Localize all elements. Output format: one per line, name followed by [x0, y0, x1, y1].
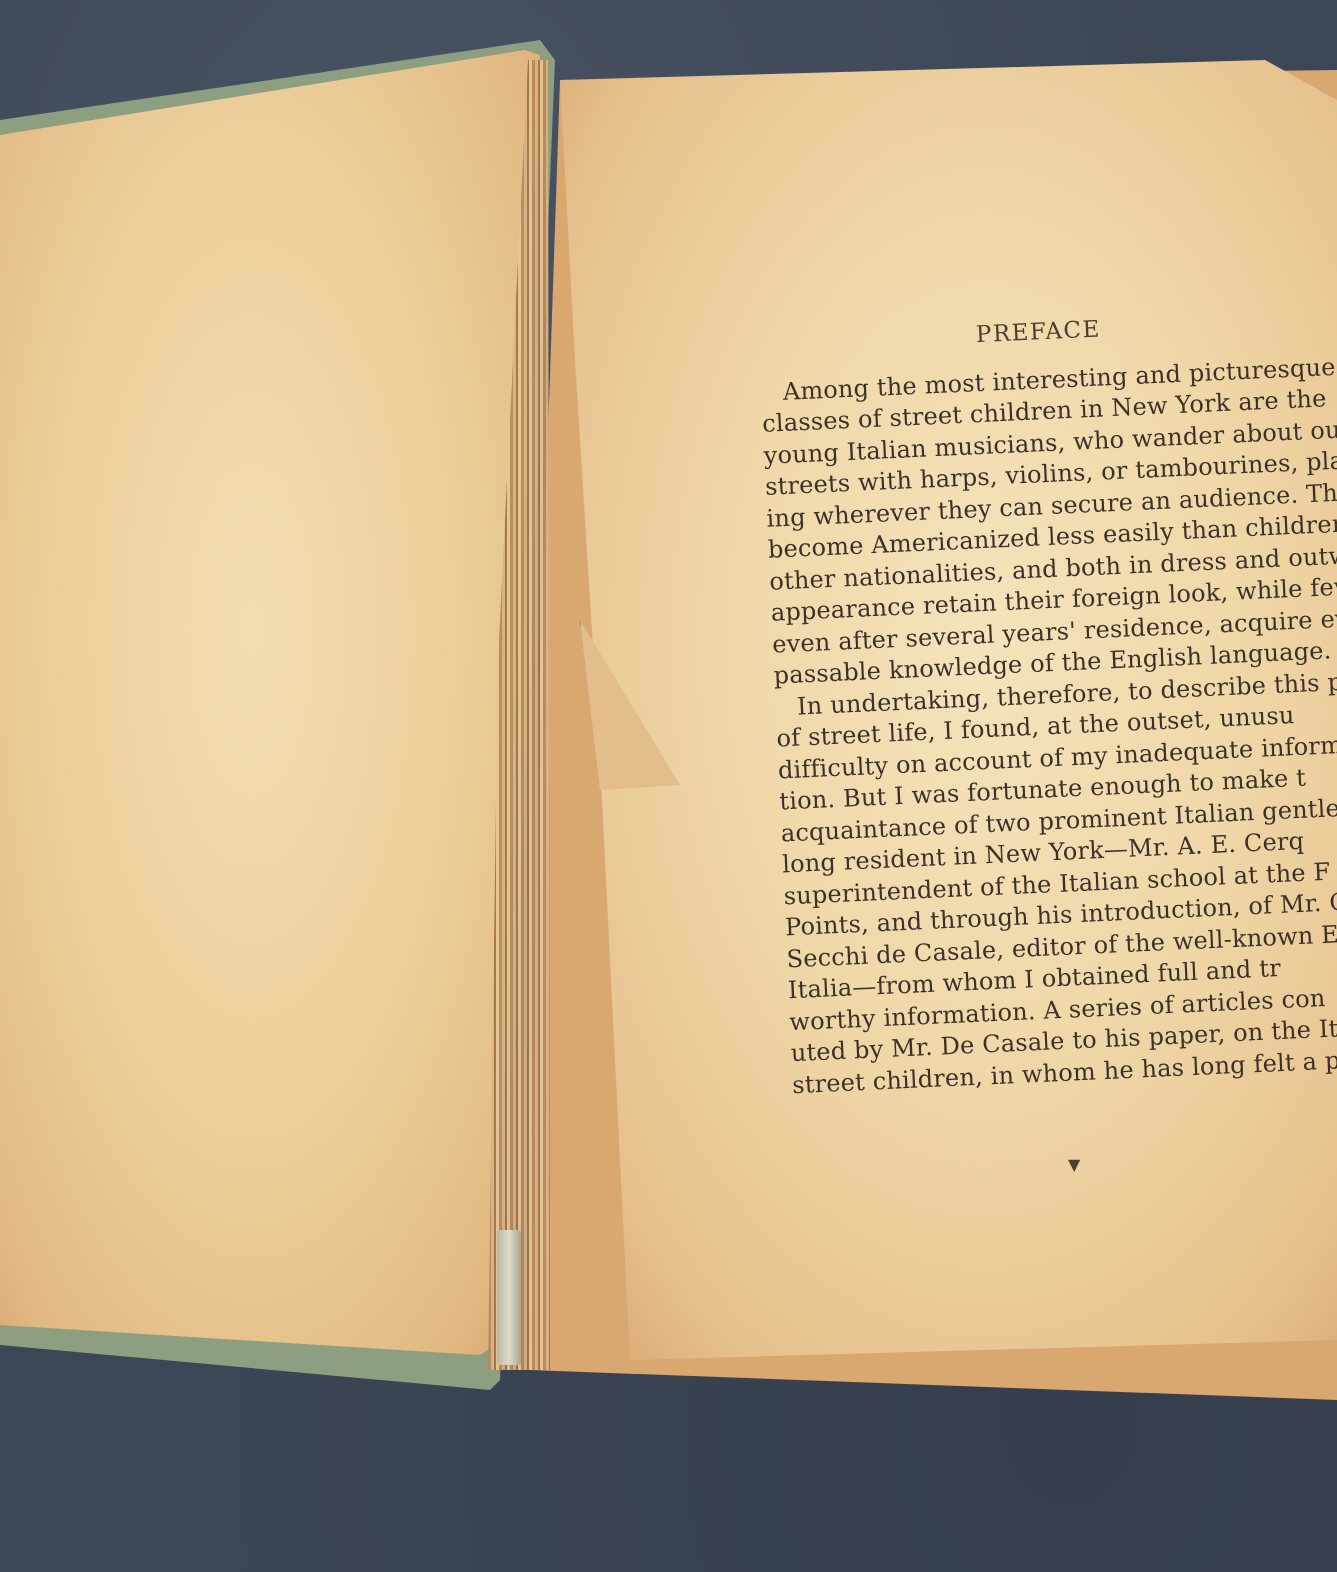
book-photo: PREFACE Among the most interesting and p… [0, 0, 1337, 1572]
spine-lining [497, 1230, 521, 1365]
preface-text: PREFACE Among the most interesting and p… [758, 301, 1337, 1101]
left-endpaper [0, 0, 560, 1400]
printer-ornament: ▼ [1068, 1155, 1080, 1174]
